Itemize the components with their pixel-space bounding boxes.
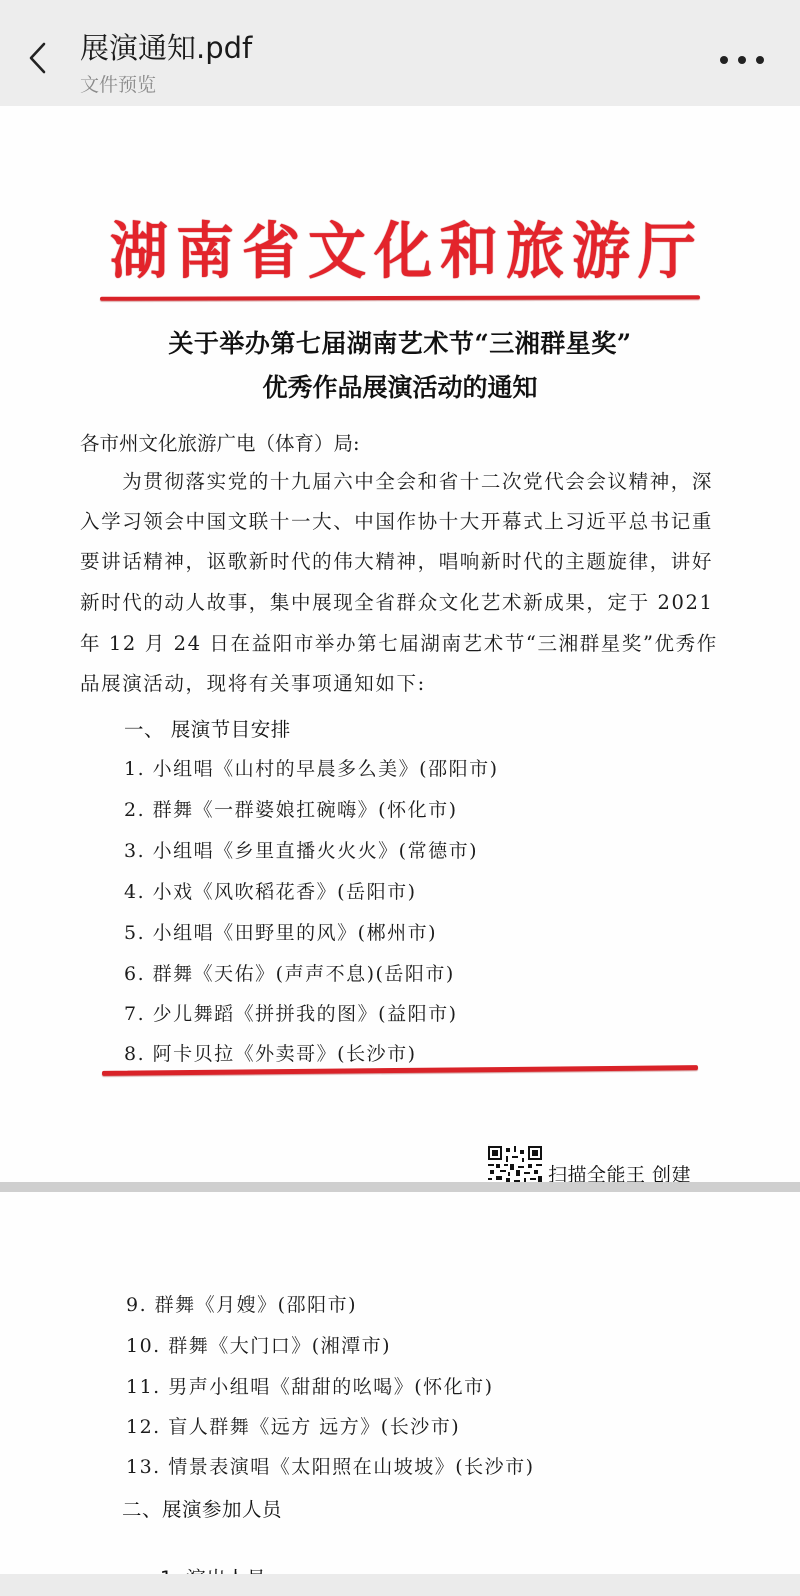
paragraph-line: 品展演活动，现将有关事项通知如下: xyxy=(80,668,426,696)
program-list-item: 7. 少儿舞蹈《拼拼我的图》(益阳市) xyxy=(124,999,458,1026)
pdf-page-2[interactable]: 9. 群舞《月嫂》(邵阳市) 10. 群舞《大门口》(湘潭市) 11. 男声小组… xyxy=(0,1192,800,1574)
program-list-item: 10. 群舞《大门口》(湘潭市) xyxy=(126,1331,391,1358)
program-list-item: 12. 盲人群舞《远方 远方》(长沙市) xyxy=(126,1412,460,1439)
cut-off-subheading: 1. 演出人员 xyxy=(160,1563,266,1574)
bottom-viewer-strip xyxy=(0,1574,800,1596)
salutation: 各市州文化旅游广电（体育）局: xyxy=(80,428,360,456)
back-button[interactable] xyxy=(18,36,58,80)
section-heading-1: 一、 展演节目安排 xyxy=(124,714,291,742)
chevron-left-icon xyxy=(18,36,58,80)
program-list-item: 3. 小组唱《乡里直播火火火》(常德市) xyxy=(124,836,478,863)
qr-code-icon xyxy=(488,1146,542,1182)
issuing-agency-header: 湖南省文化和旅游厅 xyxy=(110,202,700,290)
program-list-item: 11. 男声小组唱《甜甜的吆喝》(怀化市) xyxy=(126,1372,494,1399)
top-app-bar: 展演通知.pdf 文件预览 xyxy=(0,0,800,106)
document-title-line-2: 优秀作品展演活动的通知 xyxy=(90,368,710,404)
scanner-watermark-text: 扫描全能王 创建 xyxy=(548,1160,691,1183)
pdf-page-1[interactable]: 湖南省文化和旅游厅 关于举办第七届湖南艺术节“三湘群星奖” 优秀作品展演活动的通… xyxy=(0,106,800,1182)
paragraph-line: 新时代的动人故事，集中展现全省群众文化艺术新成果，定于 2021 xyxy=(80,587,714,615)
section-heading-2: 二、展演参加人员 xyxy=(122,1494,282,1522)
program-list-item: 4. 小戏《风吹稻花香》(岳阳市) xyxy=(124,877,417,904)
cut-off-text-line: 1. 演出人员 xyxy=(160,1552,280,1574)
program-list-item: 5. 小组唱《田野里的风》(郴州市) xyxy=(124,918,437,945)
program-list-item: 9. 群舞《月嫂》(邵阳市) xyxy=(126,1290,357,1317)
page-separator xyxy=(0,1182,800,1192)
program-list-item: 1. 小组唱《山村的早晨多么美》(邵阳市) xyxy=(124,754,499,781)
program-list-item: 13. 情景表演唱《太阳照在山坡坡》(长沙市) xyxy=(126,1452,535,1479)
paragraph-line: 入学习领会中国文联十一大、中国作协十大开幕式上习近平总书记重 xyxy=(80,506,713,534)
program-list-item: 8. 阿卡贝拉《外卖哥》(长沙市) xyxy=(124,1039,417,1066)
more-options-button[interactable] xyxy=(720,46,764,74)
paragraph-line: 年 12 月 24 日在益阳市举办第七届湖南艺术节“三湘群星奖”优秀作 xyxy=(80,628,718,656)
red-footer-rule xyxy=(102,1065,698,1076)
more-horizontal-icon-dot xyxy=(738,56,746,64)
paragraph-line: 要讲话精神，讴歌新时代的伟大精神，唱响新时代的主题旋律，讲好 xyxy=(80,546,713,574)
red-header-rule xyxy=(100,295,700,301)
scanner-watermark: 扫描全能王 创建 xyxy=(488,1146,691,1182)
file-preview-label: 文件预览 xyxy=(80,70,156,97)
document-title-line-1: 关于举办第七届湖南艺术节“三湘群星奖” xyxy=(90,324,710,360)
paragraph-line: 为贯彻落实党的十九届六中全会和省十二次党代会会议精神，深 xyxy=(80,466,713,494)
more-horizontal-icon-dot xyxy=(756,56,764,64)
program-list-item: 6. 群舞《天佑》(声声不息)(岳阳市) xyxy=(124,959,455,986)
more-horizontal-icon-dot xyxy=(720,56,728,64)
file-title: 展演通知.pdf xyxy=(80,26,252,67)
program-list-item: 2. 群舞《一群婆娘扛碗嗨》(怀化市) xyxy=(124,795,458,822)
